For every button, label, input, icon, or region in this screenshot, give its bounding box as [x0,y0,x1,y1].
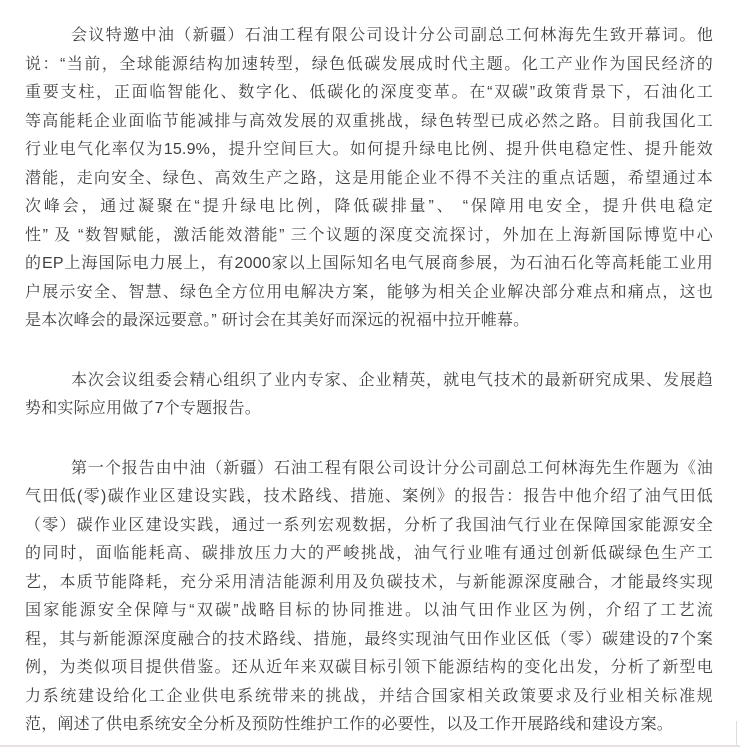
text-line: 等高能耗企业面临节能减排与高效发展的双重挑战，绿色转型已成必然之路。目前我国化工 [25,108,713,137]
text-line: 是本次峰会的最深远要意。” 研讨会在其美好而深远的祝福中拉开帷幕。 [25,307,713,336]
text-line: 次峰会，通过凝聚在“提升绿电比例，降低碳排量”、 “保障用电安全，提升供电稳定 [25,193,713,222]
text-line: 会议特邀中油（新疆）石油工程有限公司设计分公司副总工何林海先生致开幕词。他 [25,22,713,51]
text-line: 范，阐述了供电系统安全分析及预防性维护工作的必要性，以及工作开展路线和建设方案。 [25,711,713,740]
text-line: 户展示安全、智慧、绿色全方位用电解决方案，能够为相关企业解决部分难点和痛点，这也 [25,279,713,308]
text-line: （零）碳作业区建设实践，通过一系列宏观数据，分析了我国油气行业在保障国家能源安全 [25,512,713,541]
text-line: 艺，本质节能降耗，充分采用清洁能源利用及负碳技术，与新能源深度融合，才能最终实现 [25,569,713,598]
text-line: 势和实际应用做了7个专题报告。 [25,395,713,424]
text-line: 第一个报告由中油（新疆）石油工程有限公司设计分公司副总工何林海先生作题为《油 [25,455,713,484]
text-line: 行业电气化率仅为15.9%，提升空间巨大。如何提升绿电比例、提升供电稳定性、提升… [25,136,713,165]
bottom-divider [0,745,740,747]
text-line: 重要支柱，正面临智能化、数字化、低碳化的深度变革。在“双碳”政策背景下，石油化工 [25,79,713,108]
paragraph-opening-speech: 会议特邀中油（新疆）石油工程有限公司设计分公司副总工何林海先生致开幕词。他 说：… [25,22,713,336]
document-page: 会议特邀中油（新疆）石油工程有限公司设计分公司副总工何林海先生致开幕词。他 说：… [25,22,713,740]
paragraph-first-report: 第一个报告由中油（新疆）石油工程有限公司设计分公司副总工何林海先生作题为《油 气… [25,455,713,740]
text-line: 的同时，面临能耗高、碳排放压力大的严峻挑战，油气行业唯有通过创新低碳绿色生产工 [25,540,713,569]
text-line: 说：“当前，全球能源结构加速转型，绿色低碳发展成时代主题。化工产业作为国民经济的 [25,51,713,80]
text-line: 气田低(零)碳作业区建设实践，技术路线、措施、案例》的报告：报告中他介绍了油气田… [25,483,713,512]
text-line: 潜能，走向安全、绿色、高效生产之路，这是用能企业不得不关注的重点话题，希望通过本 [25,165,713,194]
text-line: 的EP上海国际电力展上，有2000家以上国际知名电气展商参展，为石油石化等高耗能… [25,250,713,279]
text-line: 性” 及 “数智赋能，激活能效潜能” 三个议题的深度交流探讨，外加在上海新国际博… [25,222,713,251]
paragraph-reports-intro: 本次会议组委会精心组织了业内专家、企业精英，就电气技术的最新研究成果、发展趋 势… [25,367,713,424]
bottom-right-edge-tick [736,721,737,746]
text-line: 例，为类似项目提供借鉴。还从近年来双碳目标引领下能源结构的变化出发，分析了新型电 [25,654,713,683]
text-line: 力系统建设给化工企业供电系统带来的挑战，并结合国家相关政策要求及行业相关标准规 [25,683,713,712]
text-line: 国家能源安全保障与“双碳”战略目标的协同推进。以油气田作业区为例，介绍了工艺流 [25,597,713,626]
text-line: 本次会议组委会精心组织了业内专家、企业精英，就电气技术的最新研究成果、发展趋 [25,367,713,396]
text-line: 程，其与新能源深度融合的技术路线、措施，最终实现油气田作业区低（零）碳建设的7个… [25,626,713,655]
